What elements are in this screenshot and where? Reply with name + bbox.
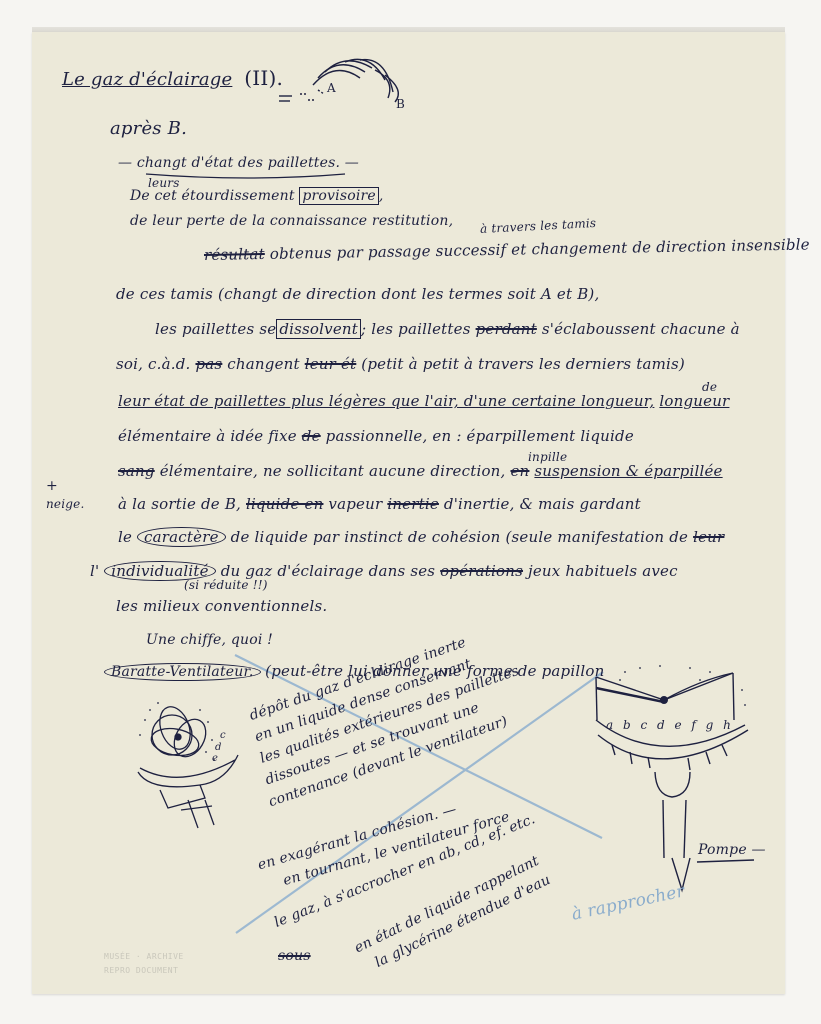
line-individualite: l' individualité du gaz d'éclairage dans… bbox=[90, 562, 678, 580]
circled-baratte-ventilateur: Baratte-Ventilateur. bbox=[104, 663, 261, 681]
label-a: A bbox=[326, 81, 336, 95]
line-sollicitant: sang élémentaire, ne sollicitant aucune … bbox=[118, 462, 723, 480]
baratte-sketch-icon bbox=[138, 703, 238, 828]
line-soi: soi, c.à.d. pas changent leur ét (petit … bbox=[116, 355, 685, 373]
line-perte: de leur perte de la connaissance restitu… bbox=[130, 213, 453, 229]
margin-mark: + bbox=[46, 478, 58, 494]
line-tamis: de ces tamis (changt de direction dont l… bbox=[116, 285, 599, 303]
sub-si-reduite: (si réduite !!) bbox=[184, 578, 268, 592]
margin-note-neige: neige. bbox=[46, 497, 84, 511]
line-milieux: les milieux conventionnels. bbox=[116, 597, 327, 615]
svg-text:c: c bbox=[220, 730, 226, 741]
archive-stamp-line2: REPRO DOCUMENT bbox=[104, 966, 178, 975]
heading-line: — changt d'état des paillettes. — bbox=[118, 155, 359, 171]
pump-label: Pompe — bbox=[698, 842, 766, 858]
bracketed-dissolvent: dissolvent bbox=[276, 319, 361, 339]
label-b: B bbox=[396, 97, 405, 111]
line-etourdissement: De cet étourdissement provisoire, bbox=[130, 188, 384, 204]
struck-word-sous: sous bbox=[278, 948, 311, 964]
svg-text:e: e bbox=[212, 753, 218, 764]
line-chiffe: Une chiffe, quoi ! bbox=[146, 632, 273, 648]
arc-sketch-icon bbox=[279, 59, 398, 102]
line-leur-etat: leur état de paillettes plus légères que… bbox=[118, 392, 729, 410]
line-sortie-b: à la sortie de B, liquide en vapeur iner… bbox=[118, 495, 641, 513]
bracketed-provisoire: provisoire bbox=[299, 187, 379, 205]
ventilator-letters: a b c d e f g h bbox=[606, 718, 734, 732]
line-caractere: le caractère de liquide par instinct de … bbox=[118, 528, 724, 546]
line-paillettes: les paillettes sedissolvent; les paillet… bbox=[155, 320, 740, 338]
circled-caractere: caractère bbox=[137, 527, 226, 547]
line-elementaire: élémentaire à idée fixe de passionnelle,… bbox=[118, 427, 634, 445]
archive-stamp-line1: MUSÉE · ARCHIVE bbox=[104, 952, 184, 961]
svg-text:d: d bbox=[215, 742, 221, 753]
line-apres: après B. bbox=[110, 118, 187, 139]
